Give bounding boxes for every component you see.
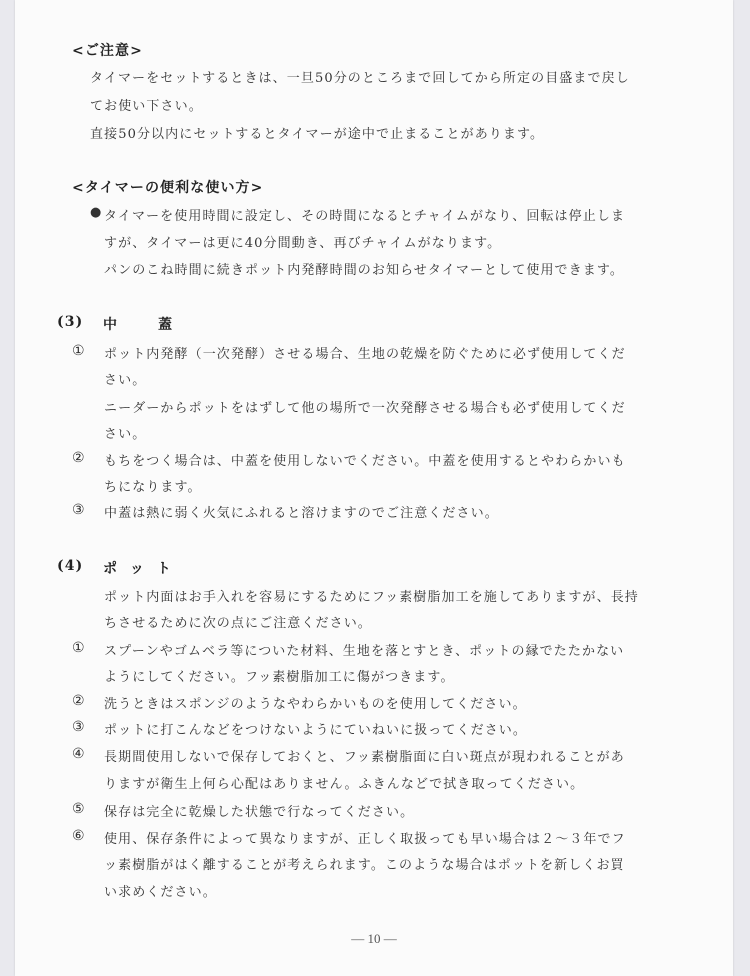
section4-item-line: ポットに打こんなどをつけないようにていねいに扱ってください。 bbox=[104, 719, 527, 738]
timer-tips-line: パンのこね時間に続きポット内発酵時間のお知らせタイマーとして使用できます。 bbox=[104, 259, 624, 278]
section4-item-line: スプーンやゴムベラ等についた材料、生地を落とすとき、ポットの縁でたたかない bbox=[104, 640, 624, 659]
section4-number: (4) bbox=[57, 558, 83, 574]
section3-item-line: ちになります。 bbox=[104, 476, 202, 495]
notice-line: タイマーをセットするときは、一旦50分のところまで回してから所定の目盛まで戻し bbox=[90, 67, 630, 86]
notice-heading: <ご注意> bbox=[72, 40, 143, 60]
section3-number: (3) bbox=[57, 314, 83, 330]
section4-item-line: ッ素樹脂がはく離することが考えられます。このような場合はポットを新しくお買 bbox=[104, 854, 625, 873]
section4-item-line: ようにしてください。フッ素樹脂加工に傷がつきます。 bbox=[104, 666, 455, 685]
item-marker: ① bbox=[72, 343, 85, 359]
timer-tips-heading: <タイマーの便利な使い方> bbox=[72, 177, 263, 197]
item-marker: ② bbox=[72, 693, 85, 709]
section4-item-line: 長期間使用しないで保存しておくと、フッ素樹脂面に白い斑点が現われることがあ bbox=[104, 746, 625, 765]
timer-tips-line: すが、タイマーは更に40分間動き、再びチャイムがなります。 bbox=[104, 232, 501, 251]
section3-item-line: さい。 bbox=[104, 369, 146, 388]
item-marker: ③ bbox=[72, 719, 85, 735]
item-marker: ⑤ bbox=[72, 801, 85, 817]
section3-item-line: もちをつく場合は、中蓋を使用しないでください。中蓋を使用するとやわらかいも bbox=[104, 450, 626, 469]
section3-title: 中 bbox=[103, 314, 118, 334]
section3-title: 蓋 bbox=[158, 314, 173, 334]
section3-item-line: ニーダーからポットをはずして他の場所で一次発酵させる場合も必ず使用してくだ bbox=[104, 397, 626, 416]
page-number: — 10 — bbox=[15, 931, 733, 947]
notice-line: 直接50分以内にセットするとタイマーが途中で止まることがあります。 bbox=[90, 123, 544, 142]
section3-item-line: さい。 bbox=[104, 423, 146, 442]
item-marker: ③ bbox=[72, 502, 85, 518]
section4-item-line: い求めください。 bbox=[104, 881, 217, 900]
bullet-icon: ● bbox=[90, 205, 102, 220]
section4-intro-line: ポット内面はお手入れを容易にするためにフッ素樹脂加工を施してありますが、長持 bbox=[104, 586, 639, 605]
section4-item-line: 洗うときはスポンジのようなやわらかいものを使用してください。 bbox=[104, 693, 527, 712]
item-marker: ② bbox=[72, 450, 85, 466]
section4-item-line: 保存は完全に乾燥した状態で行なってください。 bbox=[104, 801, 414, 820]
section4-title: ポ ッ ト bbox=[103, 558, 175, 578]
item-marker: ⑥ bbox=[72, 828, 85, 844]
section4-item-line: りますが衛生上何ら心配はありません。ふきんなどで拭き取ってください。 bbox=[104, 773, 584, 792]
item-marker: ④ bbox=[72, 746, 85, 762]
timer-tips-line: タイマーを使用時間に設定し、その時間になるとチャイムがなり、回転は停止しま bbox=[104, 205, 625, 224]
notice-line: てお使い下さい。 bbox=[90, 95, 203, 114]
document-page: <ご注意> タイマーをセットするときは、一旦50分のところまで回してから所定の目… bbox=[15, 0, 733, 976]
section4-item-line: 使用、保存条件によって異なりますが、正しく取扱っても早い場合は２～３年でフ bbox=[104, 828, 626, 847]
item-marker: ① bbox=[72, 640, 85, 656]
section3-item-line: 中蓋は熱に弱く火気にふれると溶けますのでご注意ください。 bbox=[104, 502, 499, 521]
section4-intro-line: ちさせるために次の点にご注意ください。 bbox=[104, 612, 372, 631]
section3-item-line: ポット内発酵（一次発酵）させる場合、生地の乾燥を防ぐために必ず使用してくだ bbox=[104, 343, 626, 362]
